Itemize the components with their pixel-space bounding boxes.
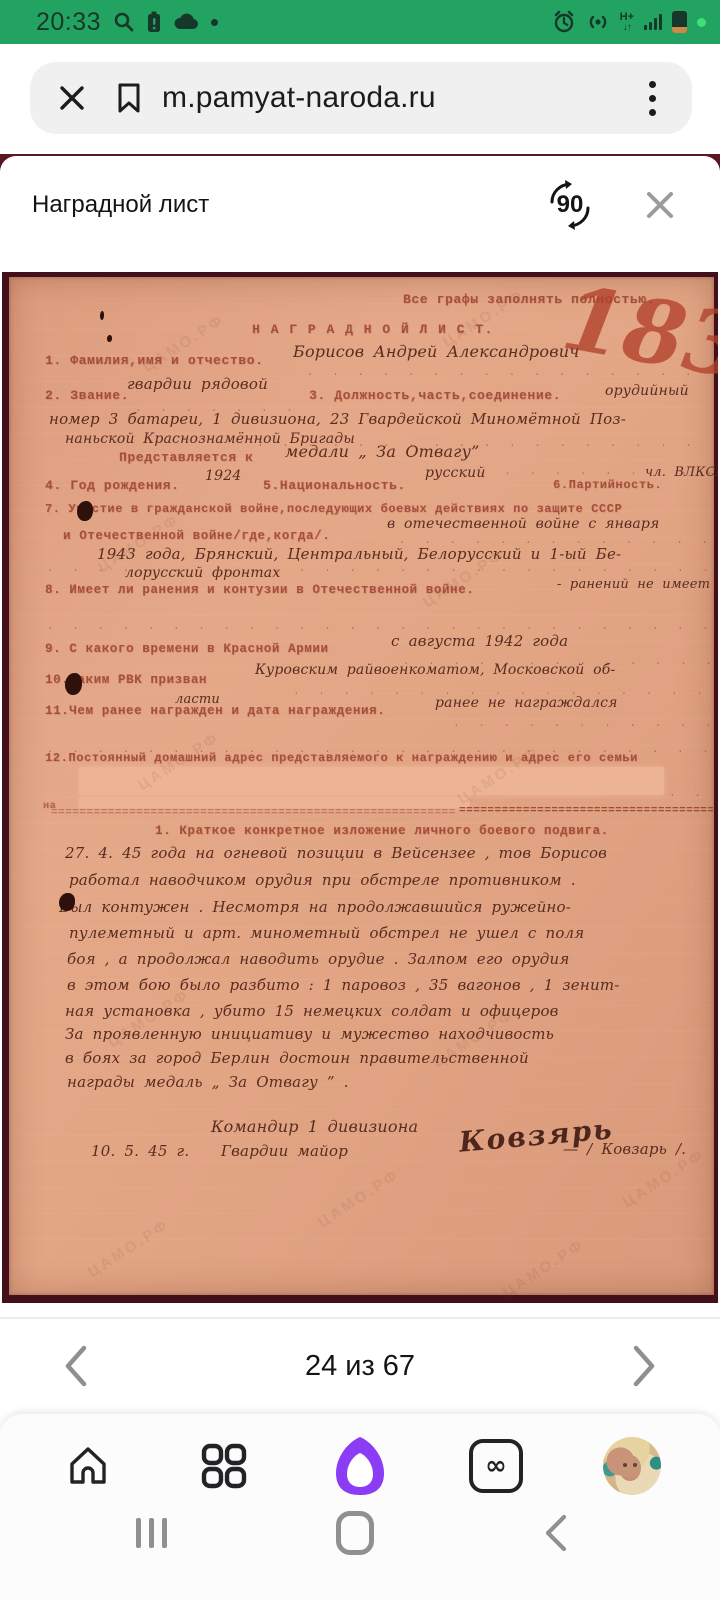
- document-content: Все графы заполнять полностью.Н А Г Р А …: [7, 272, 718, 1303]
- green-dot: [697, 18, 706, 27]
- document-paper: Все графы заполнять полностью.Н А Г Р А …: [9, 277, 714, 1295]
- doc-hand: — / Ковзарь /.: [563, 1141, 686, 1158]
- doc-typed: 5.Национальность.: [263, 479, 406, 493]
- doc-hand: Командир 1 дивизиона: [211, 1118, 418, 1136]
- back-button[interactable]: [542, 1513, 568, 1553]
- alice-assistant-button[interactable]: [324, 1430, 396, 1502]
- doc-hand: номер 3 батареи, 1 дивизиона, 23 Гвардей…: [49, 411, 626, 428]
- recents-button[interactable]: [136, 1518, 167, 1548]
- doc-hand: в этом бою было разбито : 1 паровоз , 35…: [67, 977, 620, 994]
- doc-hand: Куровским райвоенкоматом, Московской об-: [255, 663, 615, 678]
- system-nav-bar: [0, 1498, 720, 1568]
- doc-typed: 7. Участие в гражданской войне,последующ…: [45, 503, 622, 516]
- clock: 20:33: [36, 8, 101, 37]
- doc-typed: 12.Постоянный домашний адрес представляе…: [45, 752, 638, 765]
- browser-toolbar: m.pamyat-naroda.ru: [0, 44, 720, 156]
- close-tab-icon[interactable]: [30, 81, 114, 115]
- doc-blot: [77, 501, 93, 521]
- doc-dots: . . . . . . . .: [669, 788, 713, 801]
- doc-hand: работал наводчиком орудия при обстреле п…: [69, 872, 576, 889]
- doc-blot: [100, 311, 104, 320]
- doc-hand: награды медаль „ За Отвагу ” .: [67, 1074, 349, 1091]
- doc-hand: орудийный: [605, 384, 689, 399]
- viewer-title: Наградной лист: [0, 191, 209, 219]
- signal-icon: [644, 14, 662, 30]
- watermark: ЦАМО.РФ: [85, 1216, 173, 1281]
- document-scan[interactable]: Все графы заполнять полностью.Н А Г Р А …: [2, 272, 718, 1303]
- doc-typed: 8. Имеет ли ранения и контузии в Отечест…: [45, 584, 474, 598]
- watermark: ЦАМО.РФ: [500, 1236, 588, 1301]
- rotate-90-icon[interactable]: 90: [538, 176, 602, 234]
- doc-hand: гвардии рядовой: [127, 376, 268, 393]
- avatar: [603, 1437, 661, 1495]
- status-bar: 20:33 H+ ↓↑: [0, 0, 720, 44]
- doc-hand: Был контужен . Несмотря на продолжавшийс…: [59, 899, 571, 916]
- doc-hand: 1924: [205, 469, 241, 484]
- doc-hand: пулеметный и арт. минометный обстрел не …: [69, 925, 584, 942]
- doc-hand: Борисов Андрей Александрович: [293, 343, 579, 361]
- doc-dots: . . . . . . . . . . . . . . . . . . . . …: [47, 621, 712, 634]
- battery-icon: [672, 11, 687, 33]
- doc-blot: [65, 673, 82, 695]
- doc-hand: в отечественной войне с января: [387, 517, 660, 532]
- search-icon: [113, 11, 135, 33]
- doc-typed: 6.Партийность.: [553, 479, 662, 492]
- hotspot-icon: [586, 10, 610, 34]
- doc-typed: 1. Краткое конкретное изложение личного …: [155, 825, 609, 839]
- doc-typed: и Отечественной войне/где,когда/.: [63, 530, 330, 544]
- next-page-button[interactable]: [610, 1331, 680, 1401]
- doc-typed: 2. Звание.: [45, 389, 129, 403]
- url-bar: m.pamyat-naroda.ru: [30, 62, 692, 134]
- doc-hand: 1943 года, Брянский, Центральный, Белору…: [97, 546, 621, 563]
- close-viewer-icon[interactable]: [640, 185, 680, 225]
- home-button[interactable]: [52, 1430, 124, 1502]
- doc-hand: чл. ВЛКСМ: [645, 466, 718, 480]
- doc-hand: русский: [425, 466, 486, 481]
- cloud-icon: [173, 13, 199, 31]
- doc-dots: . . . . . . . . . . . . . . . . . . . . …: [453, 718, 709, 731]
- dot-icon: [211, 19, 218, 26]
- doc-hand: лорусский фронтах: [125, 566, 280, 581]
- doc-hand: 27. 4. 45 года на огневой позиции в Вейс…: [65, 845, 607, 862]
- doc-hand: боя , а продолжал наводить орудие . Залп…: [67, 951, 569, 968]
- prev-page-button[interactable]: [40, 1331, 110, 1401]
- doc-typed: 11.Чем ранее награжден и дата награждени…: [45, 705, 385, 719]
- doc-hand: медали „ За Отвагу”: [285, 443, 479, 461]
- doc-hand: - ранений не имеет: [557, 578, 710, 592]
- battery-alert-icon: [147, 11, 161, 33]
- watermark: ЦАМО.РФ: [315, 1166, 403, 1231]
- doc-dots: . . . . . . . . . . . . . . . . . . . . …: [307, 367, 712, 380]
- tabs-grid-button[interactable]: [188, 1430, 260, 1502]
- system-home-button[interactable]: [336, 1511, 374, 1555]
- doc-hand: Гвардии майор: [221, 1143, 348, 1160]
- doc-blot: [107, 335, 112, 342]
- doc-dash: ========================================…: [51, 807, 455, 819]
- doc-blot: [59, 893, 75, 911]
- profile-avatar[interactable]: [596, 1430, 668, 1502]
- doc-hand: ранее не награждался: [435, 696, 618, 711]
- alarm-icon: [552, 10, 576, 34]
- divider-gap: [0, 254, 720, 272]
- collections-button[interactable]: ∞: [460, 1430, 532, 1502]
- doc-dash: ========================================…: [459, 805, 713, 817]
- doc-hand: 10. 5. 45 г.: [91, 1143, 189, 1160]
- doc-typed: 3. Должность,часть,соединение.: [309, 389, 561, 403]
- rotate-label: 90: [557, 191, 584, 219]
- bookmark-icon[interactable]: [114, 81, 144, 115]
- doc-typed: 9. С какого времени в Красной Армии: [45, 643, 329, 657]
- network-type-icon: H+ ↓↑: [620, 12, 634, 33]
- viewer-header: Наградной лист 90: [0, 156, 720, 254]
- menu-icon[interactable]: [612, 81, 692, 116]
- infinity-icon: ∞: [469, 1439, 523, 1493]
- doc-typed: Представляется к: [119, 451, 253, 465]
- doc-hand: с августа 1942 года: [391, 633, 568, 650]
- doc-typed: 4. Год рождения.: [45, 479, 179, 493]
- pagination-bar: 24 из 67: [0, 1303, 720, 1414]
- url-text[interactable]: m.pamyat-naroda.ru: [162, 81, 436, 115]
